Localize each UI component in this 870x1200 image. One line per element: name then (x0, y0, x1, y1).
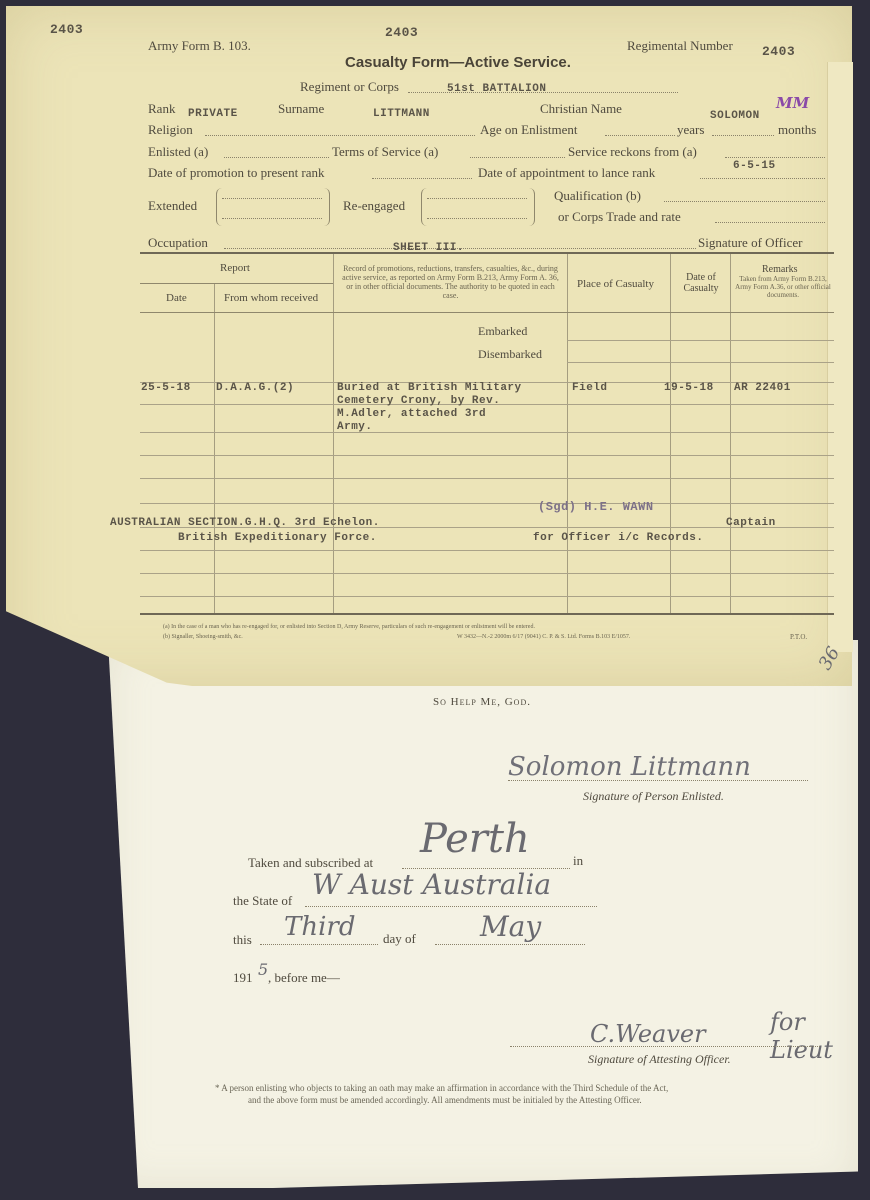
disembarked-label: Disembarked (478, 347, 542, 362)
stamp-rank: Captain (726, 517, 776, 529)
officer-signature-line (510, 1046, 820, 1047)
lance-rank-line (700, 178, 825, 179)
trade-line (715, 222, 825, 223)
person-signature-line (508, 780, 808, 781)
entry-date-casualty: 19-5-18 (664, 382, 714, 394)
printer-imprint: W 3432—N.-2 2000m 6/17 (9041) C. P. & S.… (457, 634, 630, 640)
col-remarks-subheader: Taken from Army Form B.213, Army Form A.… (734, 275, 832, 299)
footnote-a: (a) In the case of a man who has re-enga… (163, 624, 535, 630)
entry-record-line-1: Buried at British Military (337, 382, 522, 395)
months-line (712, 135, 774, 136)
religion-line (205, 135, 475, 136)
before-me: , before me— (268, 970, 340, 986)
corner-number-left: 2403 (50, 22, 83, 37)
row-rule-6 (140, 503, 834, 504)
trade-label: or Corps Trade and rate (558, 209, 681, 225)
entry-record: Buried at British Military Cemetery Cron… (337, 382, 522, 434)
header-bottom-rule (140, 312, 834, 313)
stamp-for-officer: for Officer i/c Records. (533, 532, 703, 544)
taken-value: Perth (420, 816, 530, 862)
state-label: the State of (233, 893, 292, 909)
col-divider-2 (333, 254, 334, 613)
extended-brace (216, 188, 330, 226)
year-suffix: 5 (258, 960, 268, 979)
occupation-label: Occupation (148, 235, 208, 251)
state-value: W Aust Australia (312, 868, 551, 901)
col-divider-1 (214, 283, 215, 613)
row-rule-disembarked (567, 362, 834, 363)
stamp-line-2: British Expeditionary Force. (178, 532, 377, 544)
entry-record-line-2: Cemetery Crony, by Rev. (337, 395, 522, 408)
religion-label: Religion (148, 122, 193, 138)
service-reckons-label: Service reckons from (a) (568, 144, 697, 160)
christian-name-label: Christian Name (540, 101, 622, 117)
row-rule-embarked (567, 340, 834, 341)
age-label: Age on Enlistment (480, 122, 578, 138)
year-prefix: 191 (233, 970, 253, 986)
col-date-header: Date (166, 292, 187, 304)
extended-line-1 (222, 198, 322, 199)
entry-place: Field (572, 382, 608, 394)
enlisted-line (224, 157, 329, 158)
extended-label: Extended (148, 198, 197, 214)
reengaged-line-1 (427, 198, 527, 199)
day-label: day of (383, 931, 416, 947)
service-reckons-line (725, 157, 825, 158)
years-line (605, 135, 675, 136)
officer-signature: C.Weaver (590, 1020, 706, 1048)
regimental-number: 2403 (762, 44, 795, 59)
regimental-number-label: Regimental Number (627, 38, 733, 54)
col-place-header: Place of Casualty (577, 278, 654, 290)
promotion-line (372, 178, 472, 179)
surname-value: LITTMANN (373, 108, 430, 120)
person-signature-label: Signature of Person Enlisted. (583, 789, 724, 804)
pto-label: P.T.O. (790, 633, 807, 641)
this-label: this (233, 932, 252, 948)
corner-number-center: 2403 (385, 25, 418, 40)
rank-value: PRIVATE (188, 108, 238, 120)
years-label: years (677, 122, 704, 138)
month-value: May (480, 910, 541, 943)
report-header: Report (220, 262, 250, 274)
officer-rank: for Lieut (770, 1008, 870, 1064)
months-label: months (778, 122, 816, 138)
affirmation-note-1: * A person enlisting who objects to taki… (215, 1083, 668, 1093)
lance-rank-label: Date of appointment to lance rank (478, 165, 655, 181)
row-rule-9 (140, 573, 834, 574)
entry-record-line-3: M.Adler, attached 3rd (337, 408, 522, 421)
entry-record-line-4: Army. (337, 421, 522, 434)
rank-label: Rank (148, 101, 175, 117)
state-line (305, 906, 597, 907)
initials-mark: MM (776, 94, 809, 112)
row-rule-5 (140, 478, 834, 479)
qualification-line (664, 201, 825, 202)
entry-date: 25-5-18 (141, 382, 191, 394)
entry-from: D.A.A.G.(2) (216, 382, 294, 394)
entry-remarks: AR 22401 (734, 382, 791, 394)
embarked-label: Embarked (478, 324, 527, 339)
reengaged-line-2 (427, 218, 527, 219)
reengaged-label: Re-engaged (343, 198, 405, 214)
regiment-value: 51st BATTALION (447, 83, 546, 95)
affirmation-note-2: and the above form must be amended accor… (248, 1095, 642, 1105)
col-date-casualty-header: Date of Casualty (676, 272, 726, 294)
service-reckons-value: 6-5-15 (733, 160, 776, 172)
terms-line (470, 157, 565, 158)
form-title: Casualty Form—Active Service. (345, 54, 571, 71)
row-rule-8 (140, 550, 834, 551)
footnote-b: (b) Signaller, Shoeing-smith, &c. (163, 634, 243, 640)
enlisted-label: Enlisted (a) (148, 144, 208, 160)
regiment-label: Regiment or Corps (300, 79, 399, 95)
col-remarks-header: Remarks (762, 264, 798, 275)
in-label: in (573, 853, 583, 869)
promotion-label: Date of promotion to present rank (148, 165, 325, 181)
col-from-header: From whom received (224, 292, 318, 304)
col-divider-3 (567, 254, 568, 613)
signature-officer-label: Signature of Officer (698, 235, 802, 251)
report-sub-rule (140, 283, 333, 284)
surname-label: Surname (278, 101, 324, 117)
form-id: Army Form B. 103. (148, 38, 251, 54)
col-divider-4 (670, 254, 671, 613)
col-divider-5 (730, 254, 731, 613)
extended-line-2 (222, 218, 322, 219)
reengaged-brace (421, 188, 535, 226)
stamp-line-1: AUSTRALIAN SECTION.G.H.Q. 3rd Echelon. (110, 517, 380, 529)
row-rule-10 (140, 596, 834, 597)
month-line (435, 944, 585, 945)
day-line (260, 944, 378, 945)
row-rule-4 (140, 455, 834, 456)
qualification-label: Qualification (b) (554, 188, 641, 204)
sheet-flap-edge (827, 62, 853, 652)
stamp-signed: (Sgd) H.E. WAWN (538, 500, 654, 514)
table-bottom-rule (140, 613, 834, 615)
oath-close: So Help Me, God. (433, 696, 531, 708)
day-value: Third (284, 912, 355, 942)
terms-label: Terms of Service (a) (332, 144, 438, 160)
person-signature: Solomon Littmann (508, 752, 751, 782)
christian-name-value: SOLOMON (710, 110, 760, 122)
col-record-header: Record of promotions, reductions, transf… (338, 264, 563, 300)
officer-signature-label: Signature of Attesting Officer. (588, 1052, 731, 1067)
